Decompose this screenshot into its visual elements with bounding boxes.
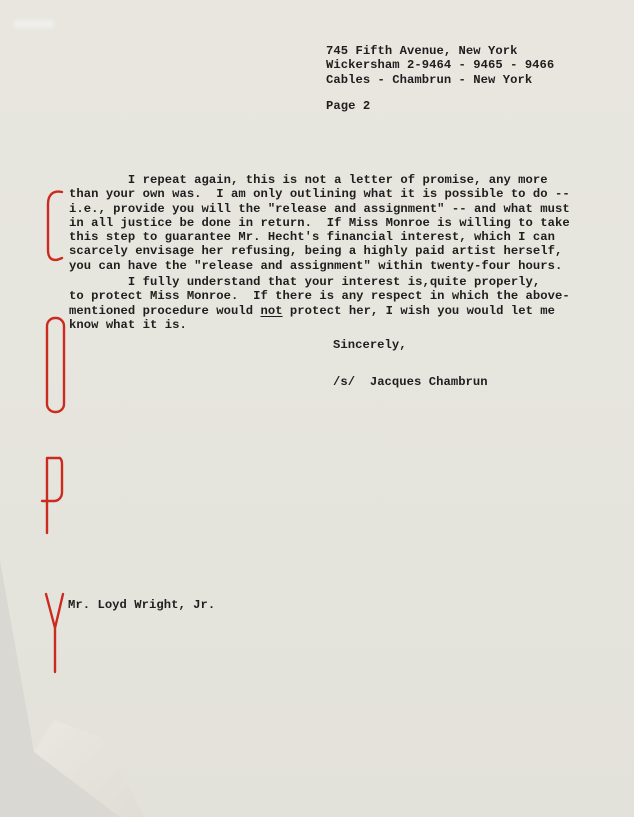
copy-letter-y bbox=[46, 594, 63, 672]
copy-letter-o bbox=[47, 318, 64, 412]
copy-letter-p bbox=[42, 458, 62, 533]
copy-stamp bbox=[0, 0, 634, 817]
copy-letter-c bbox=[48, 192, 62, 260]
